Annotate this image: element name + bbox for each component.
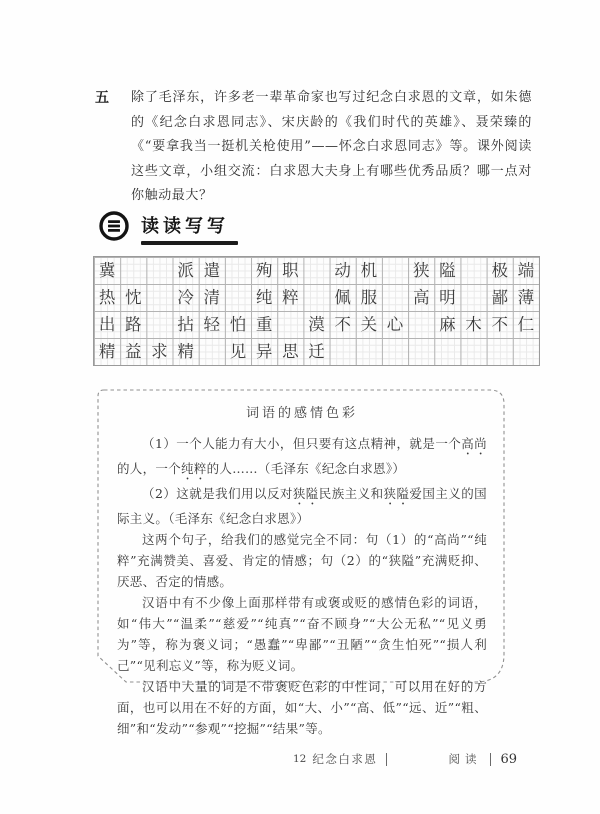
knowledge-box-title: 词语的感情色彩	[117, 402, 487, 421]
grid-cell: 清	[199, 284, 225, 311]
grid-cell	[382, 338, 408, 365]
grid-cell	[277, 311, 303, 338]
grid-cell: 殉	[251, 257, 277, 284]
knowledge-box: 词语的感情色彩 （1）一个人能力有大小，但只要有这点精神，就是一个高尚的人，一个…	[90, 388, 512, 692]
grid-cell: 异	[251, 338, 277, 365]
grid-cell: 路	[120, 311, 146, 338]
grid-cell: 迁	[303, 338, 329, 365]
grid-cell: 鄙	[487, 284, 513, 311]
emphasized-word: 高尚	[461, 436, 487, 451]
footer-divider	[386, 753, 387, 766]
grid-cell: 怕	[225, 311, 251, 338]
grid-cell	[408, 338, 434, 365]
box-paragraph-2: （2）这就是我们用以反对狭隘民族主义和狭隘爱国主义的国际主义。（毛泽东《纪念白求…	[117, 483, 487, 529]
grid-cell: 求	[146, 338, 172, 365]
grid-cell: 热	[94, 284, 120, 311]
exercise-five: 五 除了毛泽东，许多老一辈革命家也写过纪念白求恩的文章，如朱德的《纪念白求恩同志…	[95, 86, 532, 209]
grid-cell	[460, 284, 486, 311]
grid-cell: 明	[434, 284, 460, 311]
grid-cell: 服	[356, 284, 382, 311]
read-write-section-header: 读读写写	[98, 210, 238, 245]
grid-cell: 冷	[173, 284, 199, 311]
emphasized-word: 纯粹	[181, 461, 207, 476]
grid-cell: 机	[356, 257, 382, 284]
grid-cell: 关	[356, 311, 382, 338]
grid-cell: 精	[94, 338, 120, 365]
grid-cell: 派	[173, 257, 199, 284]
grid-cell: 拈	[173, 311, 199, 338]
lesson-number: 12	[293, 753, 306, 765]
grid-cell: 隘	[434, 257, 460, 284]
grid-cell: 职	[277, 257, 303, 284]
grid-cell: 心	[382, 311, 408, 338]
grid-cell: 见	[225, 338, 251, 365]
grid-cell: 出	[94, 311, 120, 338]
paragraph-text: 的人……（毛泽东《纪念白求恩》）	[207, 461, 406, 476]
grid-cell	[146, 257, 172, 284]
page-number: 69	[500, 752, 517, 767]
lesson-title: 纪念白求恩	[312, 751, 377, 767]
grid-cell	[408, 311, 434, 338]
emphasized-word: 狭隘	[384, 486, 410, 501]
grid-cell: 佩	[330, 284, 356, 311]
exercise-text: 除了毛泽东，许多老一辈革命家也写过纪念白求恩的文章，如朱德的《纪念白求恩同志》、…	[131, 86, 532, 209]
emphasized-word: 狭隘	[293, 486, 319, 501]
list-circle-icon	[98, 210, 130, 242]
grid-cell	[146, 311, 172, 338]
grid-cell: 粹	[277, 284, 303, 311]
box-paragraph-5: 汉语中大量的词是不带褒贬色彩的中性词，可以用在好的方面，也可以用在不好的方面，如…	[117, 676, 487, 739]
grid-cell	[434, 338, 460, 365]
grid-cell	[487, 338, 513, 365]
grid-cell: 忱	[120, 284, 146, 311]
grid-cell: 麻	[434, 311, 460, 338]
grid-cell: 思	[277, 338, 303, 365]
grid-cell: 薄	[513, 284, 539, 311]
grid-cell	[382, 284, 408, 311]
grid-cell: 不	[487, 311, 513, 338]
box-paragraph-4: 汉语中有不少像上面那样带有或褒或贬的感情色彩的词语，如“伟大”“温柔”“慈爱”“…	[117, 592, 487, 676]
exercise-number: 五	[95, 86, 117, 209]
textbook-page: 五 除了毛泽东，许多老一辈革命家也写过纪念白求恩的文章，如朱德的《纪念白求恩同志…	[0, 0, 600, 814]
grid-cell: 重	[251, 311, 277, 338]
grid-cell: 仁	[513, 311, 539, 338]
grid-cell	[303, 284, 329, 311]
section-title: 读读写写	[141, 212, 238, 238]
grid-cell	[225, 257, 251, 284]
paragraph-text: （1）一个人能力有大小，但只要有这点精神，就是一个	[142, 436, 461, 451]
footer-section-name: 阅读	[448, 751, 481, 767]
grid-cell	[460, 338, 486, 365]
section-title-underline	[141, 241, 238, 245]
grid-cell: 极	[487, 257, 513, 284]
page-footer: 12 纪念白求恩 阅读 69	[293, 751, 517, 767]
grid-cell	[356, 338, 382, 365]
grid-cell: 纯	[251, 284, 277, 311]
section-title-wrap: 读读写写	[141, 210, 238, 245]
paragraph-text: 民族主义和	[319, 486, 384, 501]
footer-divider	[490, 753, 491, 766]
grid-cell	[146, 284, 172, 311]
grid-cell	[225, 284, 251, 311]
grid-cell: 遣	[199, 257, 225, 284]
box-paragraph-3: 这两个句子，给我们的感觉完全不同：句（1）的“高尚”“纯粹”充满赞美、喜爱、肯定…	[117, 529, 487, 592]
grid-cell	[303, 257, 329, 284]
grid-cell	[330, 338, 356, 365]
grid-cell	[513, 338, 539, 365]
paragraph-text: 的人，一个	[117, 461, 181, 476]
knowledge-box-content: 词语的感情色彩 （1）一个人能力有大小，但只要有这点精神，就是一个高尚的人，一个…	[117, 400, 487, 739]
box-paragraph-1: （1）一个人能力有大小，但只要有这点精神，就是一个高尚的人，一个纯粹的人……（毛…	[117, 433, 487, 483]
footer-right-group: 阅读 69	[448, 751, 517, 767]
grid-cell	[199, 338, 225, 365]
grid-cell: 狭	[408, 257, 434, 284]
grid-cell: 不	[330, 311, 356, 338]
grid-cell: 冀	[94, 257, 120, 284]
grid-cell	[120, 257, 146, 284]
grid-cell: 轻	[199, 311, 225, 338]
grid-cell	[460, 257, 486, 284]
grid-cell	[382, 257, 408, 284]
grid-cell: 精	[173, 338, 199, 365]
grid-cell: 端	[513, 257, 539, 284]
paragraph-text: （2）这就是我们用以反对	[142, 486, 293, 501]
grid-cell: 动	[330, 257, 356, 284]
grid-cell: 高	[408, 284, 434, 311]
grid-cell: 木	[460, 311, 486, 338]
grid-cell: 益	[120, 338, 146, 365]
grid-cell: 漠	[303, 311, 329, 338]
writing-grid: 冀派遣殉职动机狭隘极端 热忱冷清纯粹佩服高明鄙薄 出路拈轻怕重漠不关心麻木不仁 …	[93, 256, 540, 366]
